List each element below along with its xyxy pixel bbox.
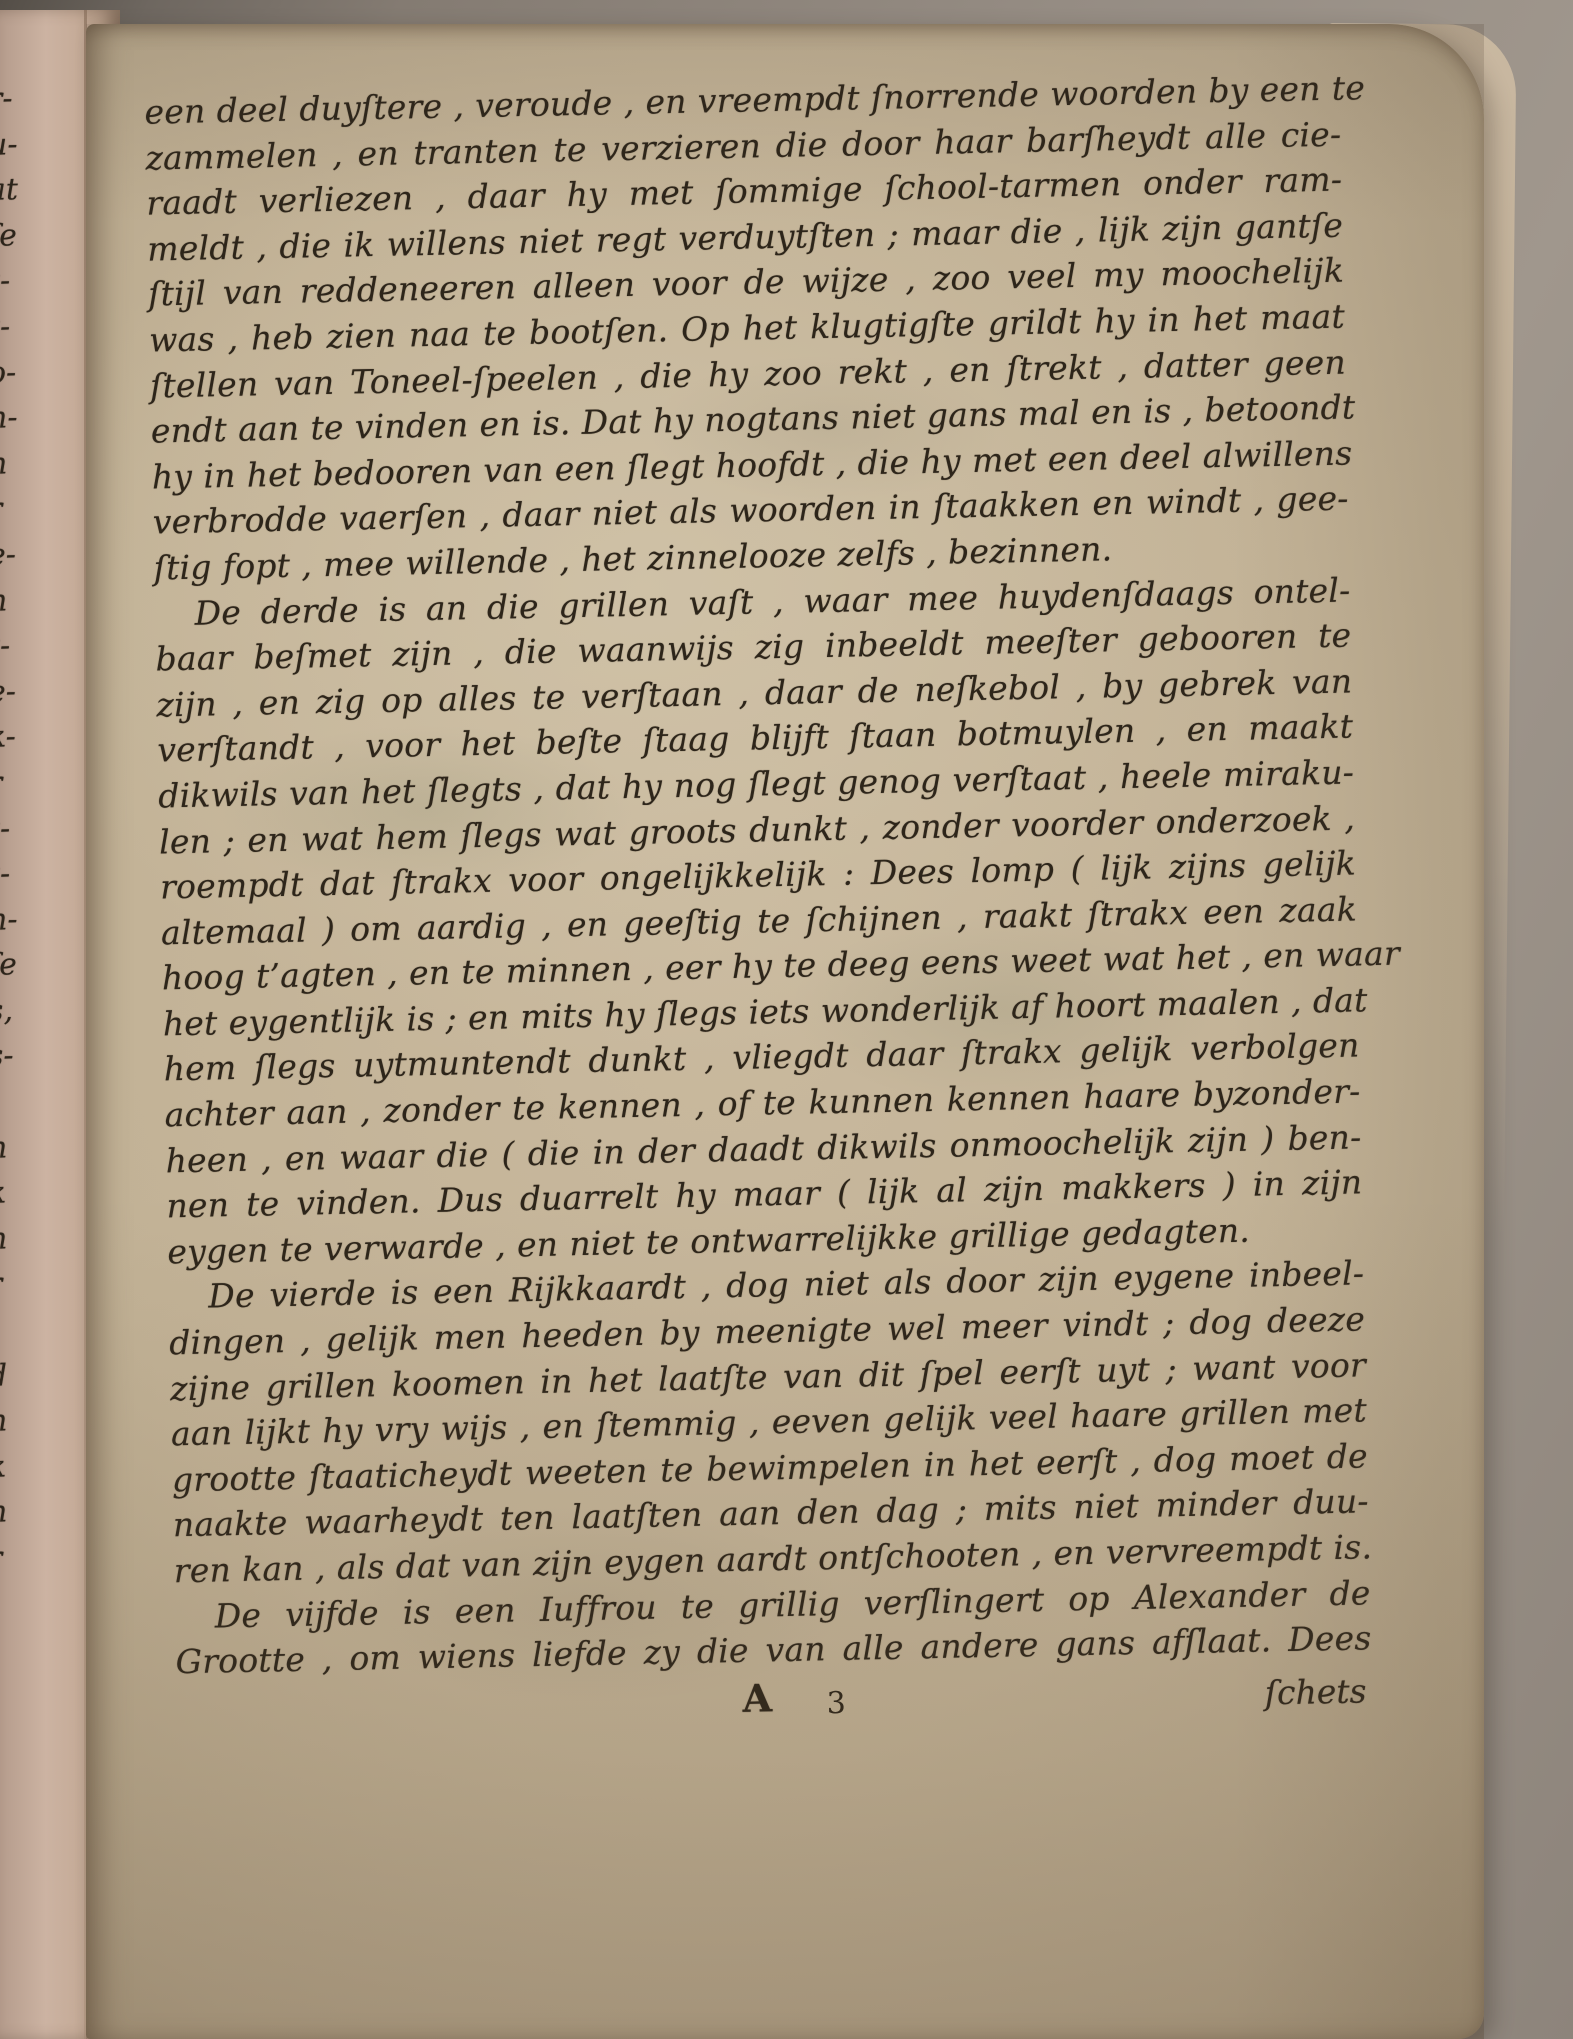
facing-page-fragment (0, 1580, 59, 1627)
facing-page-fragment: l (0, 1306, 59, 1353)
facing-page-fragment: r (0, 1534, 59, 1581)
book-page: een deel duyſtere , veroude , en vreempd… (86, 24, 1484, 2039)
facing-page-fragment (0, 1625, 59, 1672)
facing-page-fragment: e- (0, 531, 59, 578)
facing-page-fragment: o- (0, 349, 59, 396)
facing-page-fragment: n (0, 577, 59, 624)
facing-page-fragment: n (0, 440, 59, 487)
facing-page-fragment: ſe (0, 941, 59, 988)
facing-page-fragment: k- (0, 713, 59, 760)
facing-page-fragment: n (0, 1488, 59, 1535)
facing-page-fragment: r (0, 759, 59, 806)
facing-page-fragment: t- (0, 805, 59, 852)
facing-page-text-fragments: r-u-atſet-t-o-n-nre-nt-e-k-rt-t-n-ſes,s-… (0, 76, 70, 1672)
facing-page-fragment: t- (0, 303, 59, 350)
facing-page-fragment: t- (0, 622, 59, 669)
facing-page-fragment: s, (0, 987, 59, 1034)
gathering-signature-number: 3 (826, 1686, 846, 1721)
facing-page-fragment: d (0, 1352, 59, 1399)
catchword: ſchets (1264, 1671, 1366, 1712)
facing-page-fragment: r- (0, 75, 59, 122)
photograph-of-book-page: r-u-atſet-t-o-n-nre-nt-e-k-rt-t-n-ſes,s-… (0, 0, 1573, 2039)
facing-page-fragment: k (0, 1443, 59, 1490)
facing-page-fragment: k (0, 1169, 59, 1216)
facing-page-fragment: u- (0, 121, 59, 168)
page-text-block: een deel duyſtere , veroude , en vreempd… (144, 66, 1373, 1749)
body-text-lines: een deel duyſtere , veroude , en vreempd… (144, 66, 1372, 1685)
facing-page-fragment: n- (0, 394, 59, 441)
facing-page-fragment: s- (0, 1033, 59, 1080)
facing-page-fragment: n (0, 1215, 59, 1262)
facing-page-fragment: l (0, 1078, 59, 1125)
facing-page-fragment: r (0, 485, 59, 532)
facing-page-fragment: n- (0, 896, 59, 943)
facing-page-fragment: t- (0, 850, 59, 897)
facing-page-fragment: at (0, 166, 59, 213)
facing-page-fragment: t- (0, 257, 59, 304)
facing-page-fragment: r (0, 1261, 59, 1308)
facing-page-fragment: n (0, 1397, 59, 1444)
gathering-signature-letter: A (742, 1675, 772, 1721)
facing-page-fragment: ſe (0, 212, 59, 259)
facing-page-fragment: e- (0, 668, 59, 715)
facing-page-fragment: n (0, 1124, 59, 1171)
